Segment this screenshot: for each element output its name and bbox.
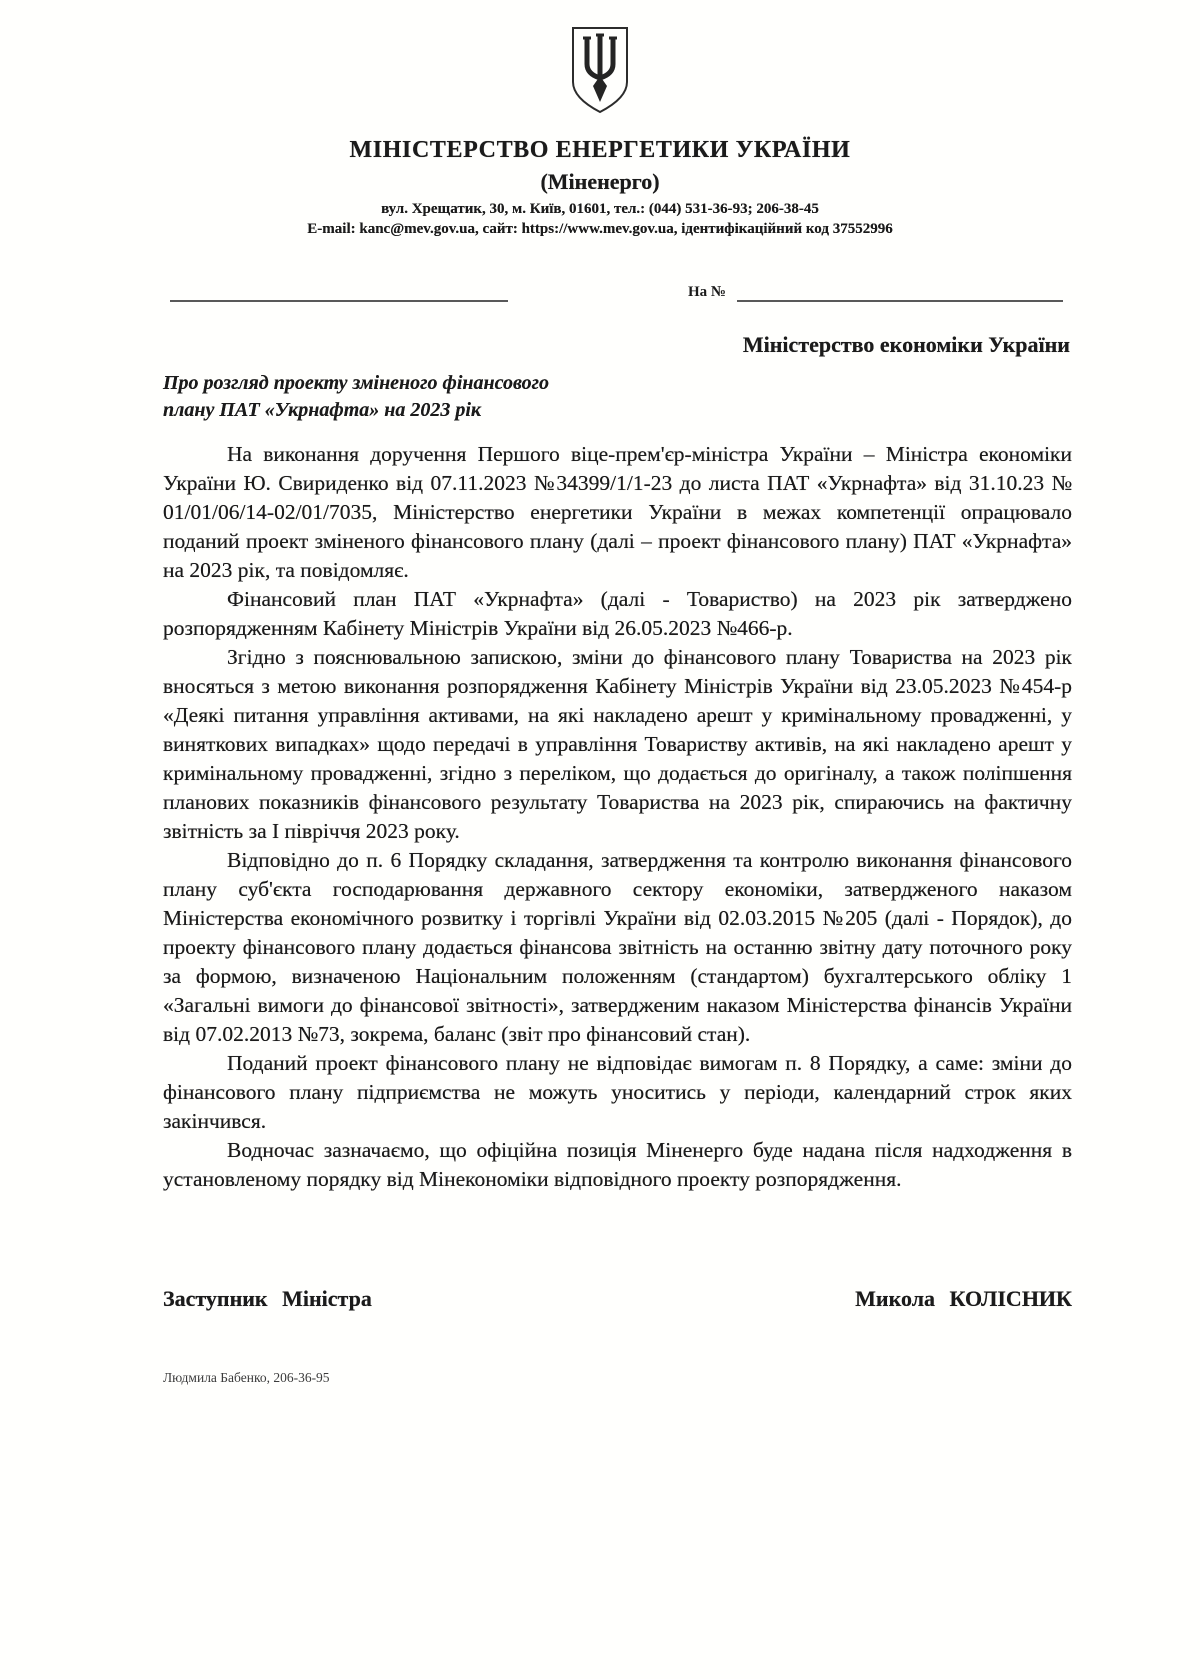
- ministry-contacts: E-mail: kanc@mev.gov.ua, сайт: https://w…: [0, 221, 1200, 238]
- letter-body: На виконання доручення Першого віце-прем…: [163, 440, 1072, 1194]
- signature-block: Заступник Міністра Микола КОЛІСНИК: [163, 1286, 1072, 1312]
- signer-position: Заступник Міністра: [163, 1286, 372, 1312]
- reference-row: На №: [0, 272, 1200, 320]
- paragraph: Поданий проект фінансового плану не відп…: [163, 1049, 1072, 1136]
- paragraph: На виконання доручення Першого віце-прем…: [163, 440, 1072, 585]
- ukraine-trident-coat-of-arms-icon: [567, 24, 633, 116]
- ministry-address: вул. Хрещатик, 30, м. Київ, 01601, тел.:…: [0, 201, 1200, 218]
- letterhead: МІНІСТЕРСТВО ЕНЕРГЕТИКИ УКРАЇНИ (Міненер…: [0, 24, 1200, 238]
- paragraph: Водночас зазначаємо, що офіційна позиція…: [163, 1136, 1072, 1194]
- ministry-short-name: (Міненерго): [0, 169, 1200, 195]
- paragraph: Фінансовий план ПАТ «Укрнафта» (далі - Т…: [163, 585, 1072, 643]
- recipient-name: Міністерство економіки України: [0, 332, 1200, 358]
- ministry-name: МІНІСТЕРСТВО ЕНЕРГЕТИКИ УКРАЇНИ: [0, 137, 1200, 164]
- na-no-label: На №: [688, 284, 726, 301]
- signer-name: Микола КОЛІСНИК: [855, 1286, 1072, 1312]
- incoming-number-blank-line: [737, 300, 1063, 302]
- outgoing-number-blank-line: [170, 300, 508, 302]
- paragraph: Згідно з пояснювальною запискою, зміни д…: [163, 643, 1072, 846]
- subject-line-1: Про розгляд проекту зміненого фінансовог…: [163, 370, 723, 397]
- scanned-letter-page: МІНІСТЕРСТВО ЕНЕРГЕТИКИ УКРАЇНИ (Міненер…: [0, 0, 1200, 1679]
- letter-subject: Про розгляд проекту зміненого фінансовог…: [163, 370, 723, 424]
- paragraph: Відповідно до п. 6 Порядку складання, за…: [163, 846, 1072, 1049]
- subject-line-2: плану ПАТ «Укрнафта» на 2023 рік: [163, 397, 723, 424]
- executor-contact: Людмила Бабенко, 206-36-95: [163, 1370, 1200, 1386]
